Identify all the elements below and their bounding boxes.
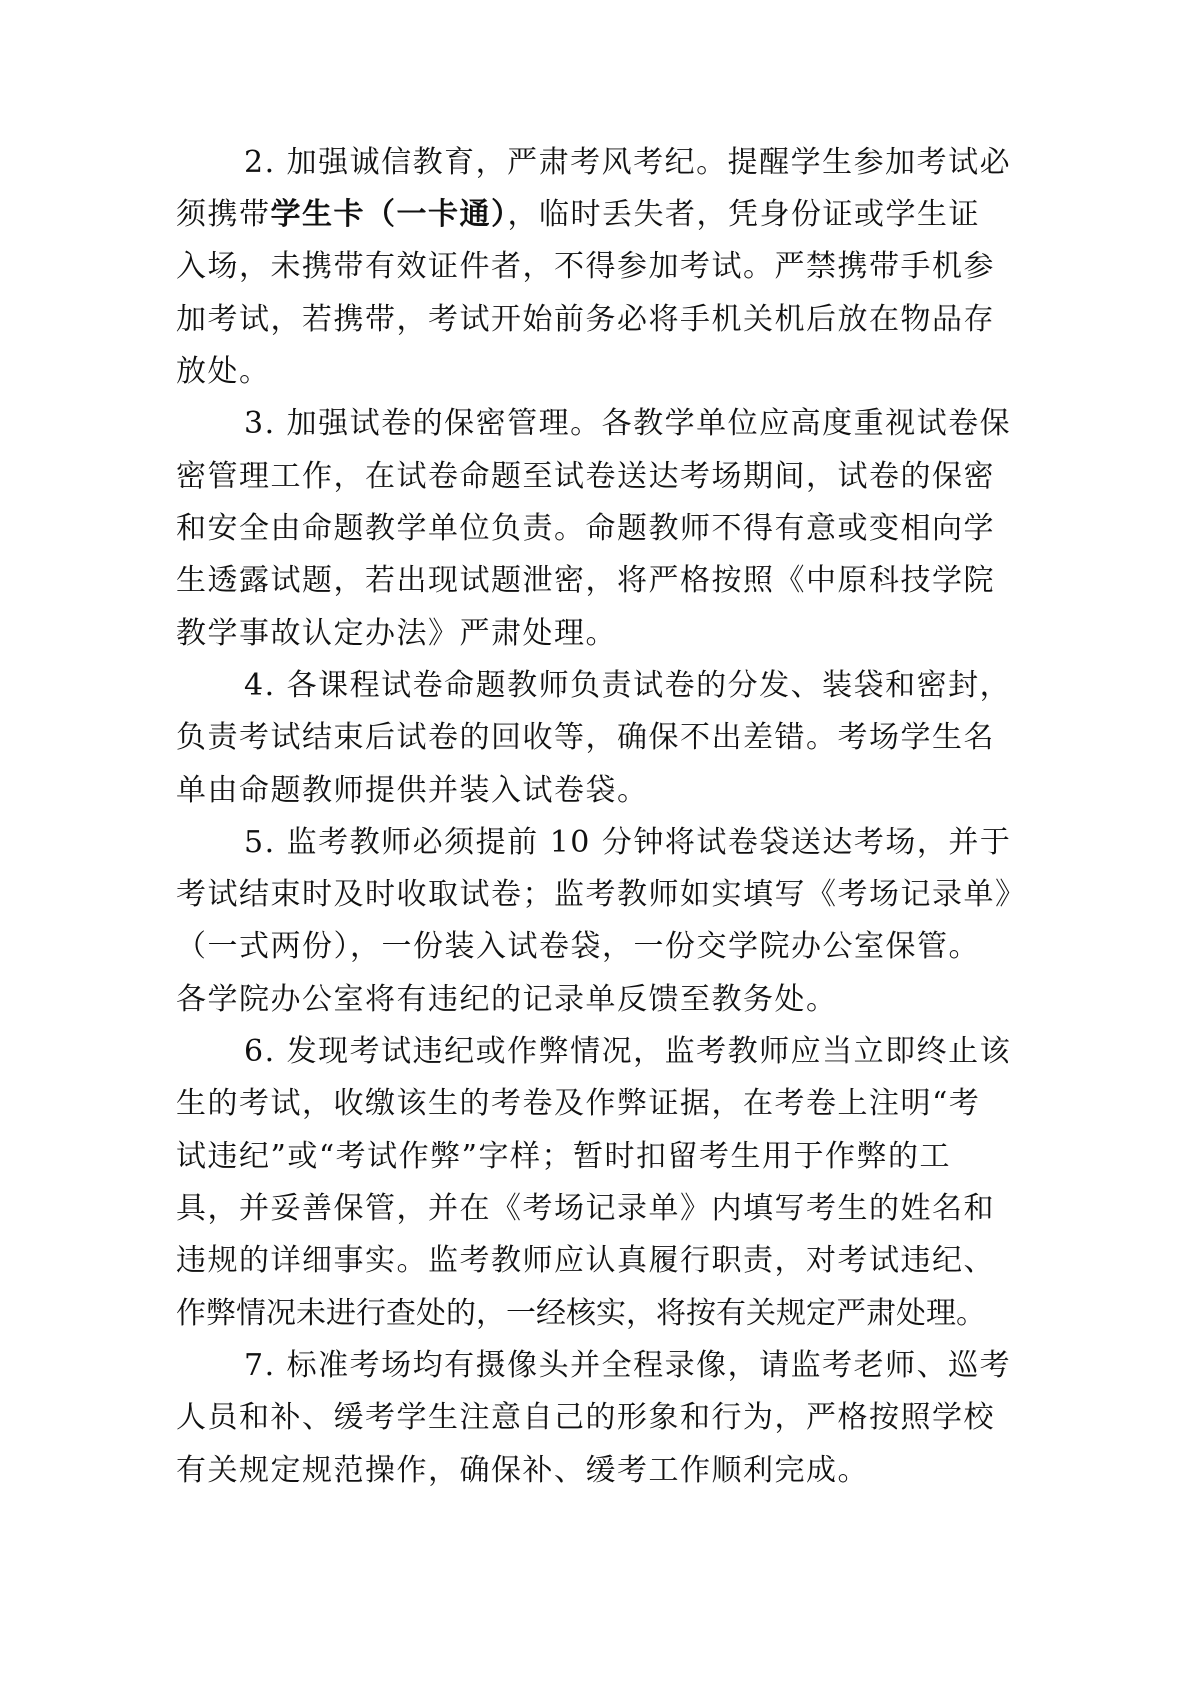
paragraph-2-line-3: 入场，未携带有效证件者，不得参加考试。严禁携带手机参 <box>176 241 946 293</box>
text-segment: ，临时丢失者，凭身份证或学生证 <box>508 197 981 232</box>
paragraph-4-line-1: 4. 各课程试卷命题教师负责试卷的分发、装袋和密封， <box>244 660 946 712</box>
paragraph-3-line-3: 和安全由命题教学单位负责。命题教师不得有意或变相向学 <box>176 503 946 555</box>
paragraph-3-line-1: 3. 加强试卷的保密管理。各教学单位应高度重视试卷保 <box>244 398 946 450</box>
paragraph-5-line-1: 5. 监考教师必须提前 10 分钟将试卷袋送达考场，并于 <box>244 817 946 869</box>
paragraph-7-line-2: 人员和补、缓考学生注意自己的形象和行为，严格按照学校 <box>176 1392 946 1444</box>
paragraph-6-line-3: 试违纪”或“考试作弊”字样；暂时扣留考生用于作弊的工 <box>176 1131 946 1183</box>
paragraph-3-line-5: 教学事故认定办法》严肃处理。 <box>176 608 946 660</box>
paragraph-5-line-2: 考试结束时及时收取试卷；监考教师如实填写《考场记录单》 <box>176 869 946 921</box>
paragraph-4-line-3: 单由命题教师提供并装入试卷袋。 <box>176 765 946 817</box>
text-segment: 须携带 <box>176 197 271 232</box>
paragraph-2-line-2: 须携带学生卡（一卡通），临时丢失者，凭身份证或学生证 <box>176 189 946 241</box>
paragraph-6-line-1: 6. 发现考试违纪或作弊情况，监考教师应当立即终止该 <box>244 1026 946 1078</box>
paragraph-6-line-2: 生的考试，收缴该生的考卷及作弊证据，在考卷上注明“考 <box>176 1078 946 1130</box>
paragraph-2-line-1: 2. 加强诚信教育，严肃考风考纪。提醒学生参加考试必 <box>244 137 946 189</box>
paragraph-2-line-5: 放处。 <box>176 346 946 398</box>
paragraph-4-line-2: 负责考试结束后试卷的回收等，确保不出差错。考场学生名 <box>176 712 946 764</box>
paragraph-3-line-2: 密管理工作，在试卷命题至试卷送达考场期间，试卷的保密 <box>176 451 946 503</box>
document-page: 2. 加强诚信教育，严肃考风考纪。提醒学生参加考试必 须携带学生卡（一卡通），临… <box>0 0 1191 1684</box>
paragraph-5-line-3: （一式两份），一份装入试卷袋，一份交学院办公室保管。 <box>176 921 946 973</box>
paragraph-6-line-6: 作弊情况未进行查处的，一经核实，将按有关规定严肃处理。 <box>176 1288 946 1340</box>
paragraph-2-line-4: 加考试，若携带，考试开始前务必将手机关机后放在物品存 <box>176 294 946 346</box>
paragraph-7-line-3: 有关规定规范操作，确保补、缓考工作顺利完成。 <box>176 1445 946 1497</box>
paragraph-6-line-5: 违规的详细事实。监考教师应认真履行职责，对考试违纪、 <box>176 1235 946 1287</box>
paragraph-5-line-4: 各学院办公室将有违纪的记录单反馈至教务处。 <box>176 974 946 1026</box>
paragraph-6-line-4: 具，并妥善保管，并在《考场记录单》内填写考生的姓名和 <box>176 1183 946 1235</box>
paragraph-7-line-1: 7. 标准考场均有摄像头并全程录像，请监考老师、巡考 <box>244 1340 946 1392</box>
bold-student-card: 学生卡（一卡通） <box>271 197 508 232</box>
paragraph-3-line-4: 生透露试题，若出现试题泄密，将严格按照《中原科技学院 <box>176 555 946 607</box>
